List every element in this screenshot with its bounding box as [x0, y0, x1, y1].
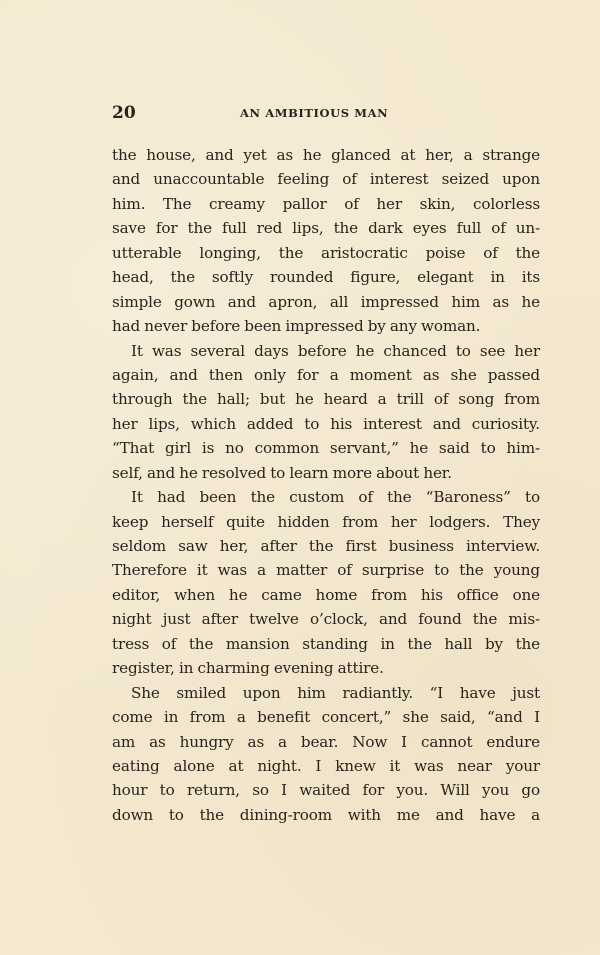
text-line: “That girl is no common servant,” he sai…: [112, 436, 540, 460]
text-line: simple gown and apron, all impressed him…: [112, 290, 540, 314]
text-line: hour to return, so I waited for you. Wil…: [112, 778, 540, 802]
text-line: her lips, which added to his interest an…: [112, 412, 540, 436]
text-line: come in from a benefit concert,” she sai…: [112, 705, 540, 729]
paragraph: the house, and yet as he glanced at her,…: [112, 143, 540, 339]
body-text: the house, and yet as he glanced at her,…: [112, 143, 540, 827]
text-line: down to the dining-room with me and have…: [112, 803, 540, 827]
text-line: It had been the custom of the “Baroness”…: [112, 485, 540, 509]
paragraph: She smiled upon him radiantly. “I have j…: [112, 681, 540, 828]
text-line: the house, and yet as he glanced at her,…: [112, 143, 540, 167]
text-line: him. The creamy pallor of her skin, colo…: [112, 192, 540, 216]
text-line: night just after twelve o’clock, and fou…: [112, 607, 540, 631]
running-title: AN AMBITIOUS MAN: [240, 100, 388, 126]
text-line: Therefore it was a matter of surprise to…: [112, 558, 540, 582]
text-line: utterable longing, the aristocratic pois…: [112, 241, 540, 265]
text-line: am as hungry as a bear. Now I cannot end…: [112, 730, 540, 754]
text-line: eating alone at night. I knew it was nea…: [112, 754, 540, 778]
running-head: 20 AN AMBITIOUS MAN: [112, 100, 540, 126]
text-line: She smiled upon him radiantly. “I have j…: [112, 681, 540, 705]
text-line: and unaccountable feeling of interest se…: [112, 167, 540, 191]
paragraph: It had been the custom of the “Baroness”…: [112, 485, 540, 681]
text-line: register, in charming evening attire.: [112, 656, 540, 680]
text-line: editor, when he came home from his offic…: [112, 583, 540, 607]
text-line: keep herself quite hidden from her lodge…: [112, 510, 540, 534]
text-line: self, and he resolved to learn more abou…: [112, 461, 540, 485]
text-line: seldom saw her, after the first business…: [112, 534, 540, 558]
text-line: through the hall; but he heard a trill o…: [112, 387, 540, 411]
page-number: 20: [112, 100, 136, 126]
book-page: 20 AN AMBITIOUS MAN the house, and yet a…: [0, 0, 600, 955]
text-line: tress of the mansion standing in the hal…: [112, 632, 540, 656]
text-line: It was several days before he chanced to…: [112, 339, 540, 363]
text-line: had never before been impressed by any w…: [112, 314, 540, 338]
text-line: head, the softly rounded figure, elegant…: [112, 265, 540, 289]
text-line: save for the full red lips, the dark eye…: [112, 216, 540, 240]
paragraph: It was several days before he chanced to…: [112, 339, 540, 486]
text-line: again, and then only for a moment as she…: [112, 363, 540, 387]
